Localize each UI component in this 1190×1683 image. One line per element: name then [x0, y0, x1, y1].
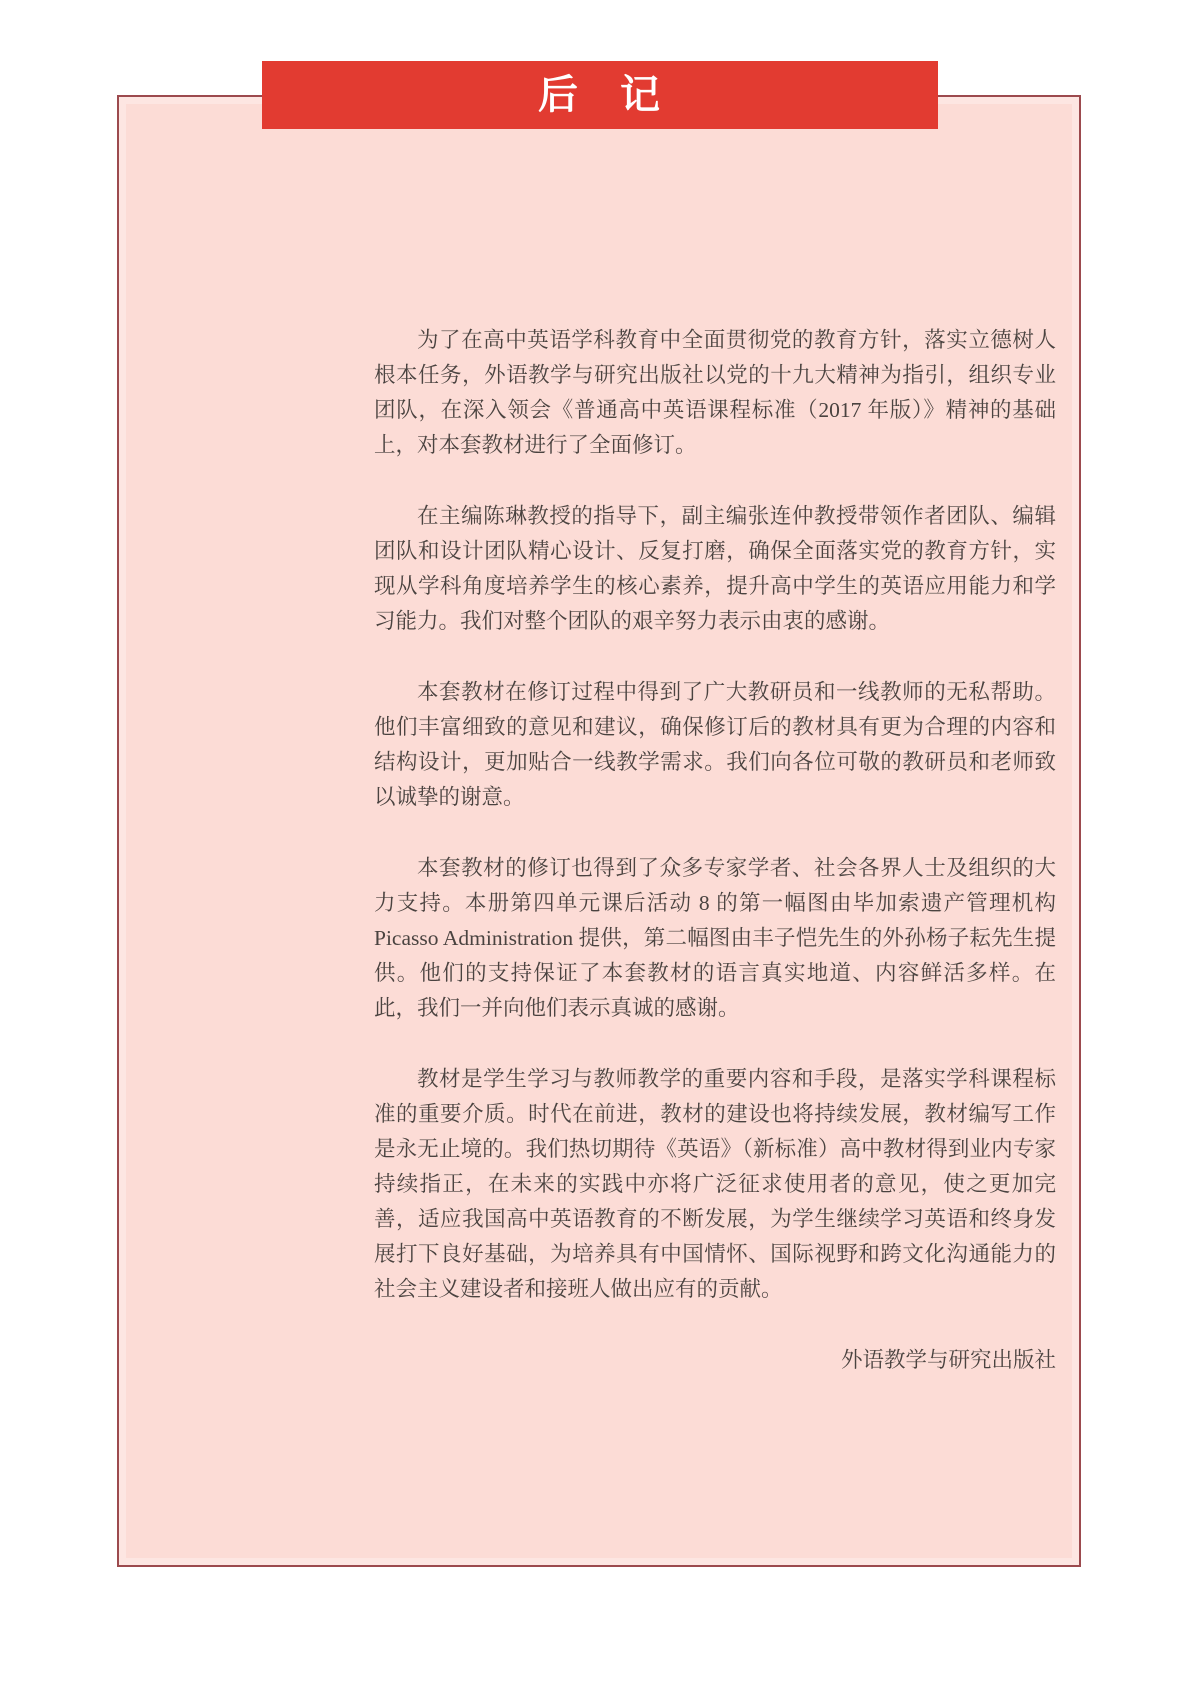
afterword-text-column: 为了在高中英语学科教育中全面贯彻党的教育方针，落实立德树人根本任务，外语教学与研… — [374, 323, 1056, 1378]
paragraph-1: 为了在高中英语学科教育中全面贯彻党的教育方针，落实立德树人根本任务，外语教学与研… — [374, 323, 1056, 463]
paragraph-2: 在主编陈琳教授的指导下，副主编张连仲教授带领作者团队、编辑团队和设计团队精心设计… — [374, 499, 1056, 639]
paragraph-4: 本套教材的修订也得到了众多专家学者、社会各界人士及组织的大力支持。本册第四单元课… — [374, 851, 1056, 1026]
book-page: 后 记 为了在高中英语学科教育中全面贯彻党的教育方针，落实立德树人根本任务，外语… — [0, 0, 1190, 1683]
paragraph-5: 教材是学生学习与教师教学的重要内容和手段，是落实学科课程标准的重要介质。时代在前… — [374, 1062, 1056, 1307]
page-title: 后 记 — [538, 75, 662, 115]
paragraph-3: 本套教材在修订过程中得到了广大教研员和一线教师的无私帮助。他们丰富细致的意见和建… — [374, 675, 1056, 815]
afterword-title-banner: 后 记 — [262, 61, 938, 129]
publisher-signature: 外语教学与研究出版社 — [374, 1343, 1056, 1378]
afterword-panel: 为了在高中英语学科教育中全面贯彻党的教育方针，落实立德树人根本任务，外语教学与研… — [117, 95, 1081, 1567]
